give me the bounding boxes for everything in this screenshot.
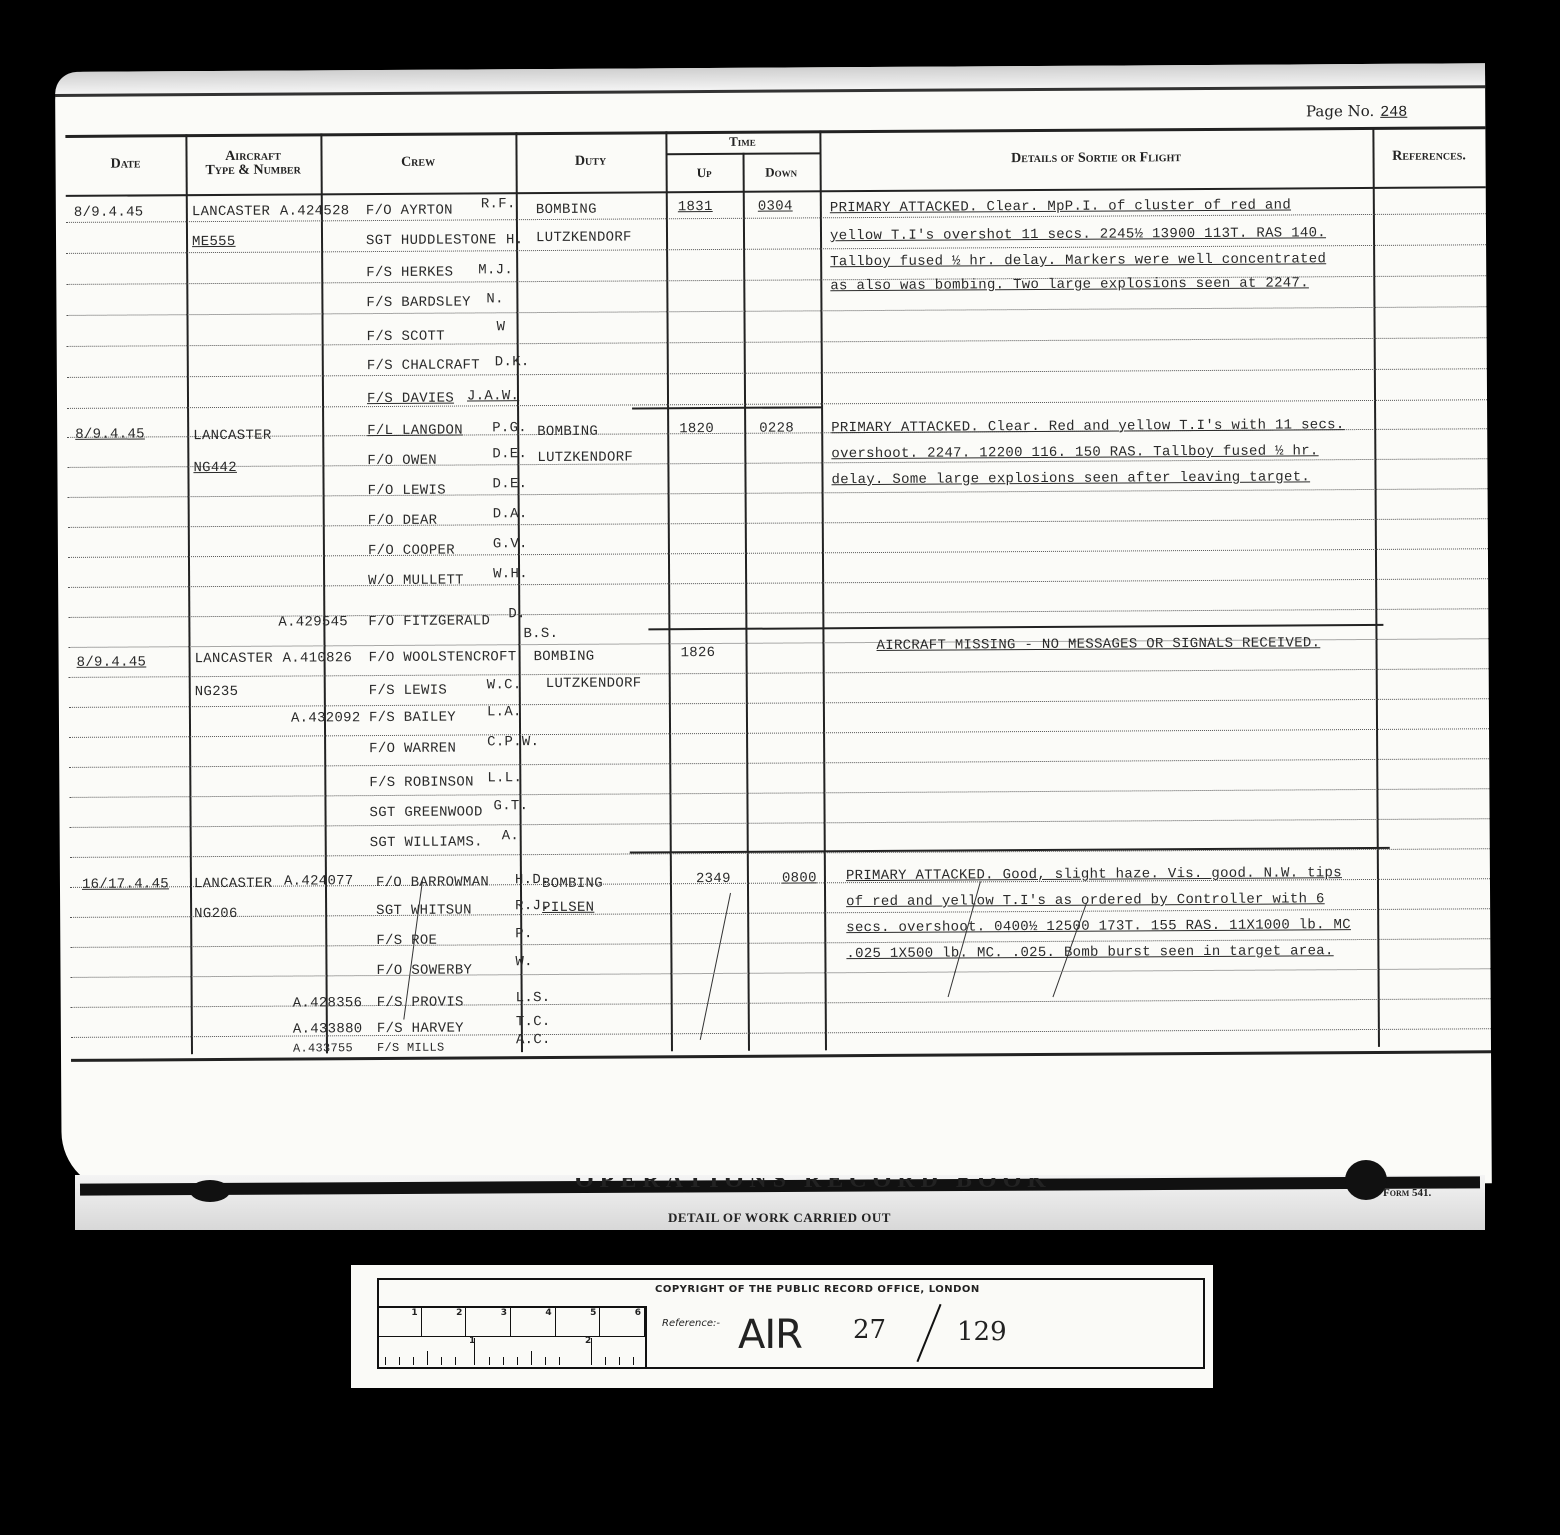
- ruler-tick: [605, 1357, 606, 1365]
- operations-table: Date Aircraft Type & Number Crew Duty Ti…: [65, 126, 1485, 135]
- ruler-tick: [385, 1357, 386, 1365]
- crew-name: SGT WHITSUN: [376, 902, 472, 919]
- ruler-tick: [591, 1338, 592, 1365]
- crew-initials: D.: [508, 606, 526, 622]
- crew-initials: C.P.W.: [487, 734, 539, 750]
- crew-name: F/S SCOTT: [367, 329, 445, 345]
- row-rule: [69, 668, 1489, 678]
- row-rule: [68, 488, 1488, 498]
- reference-piece: 129: [957, 1317, 1007, 1347]
- row-rule: [70, 908, 1490, 918]
- details-line: Tallboy fused ½ hr. delay. Markers were …: [830, 251, 1326, 270]
- sortie-date: 16/17.4.45: [82, 876, 169, 893]
- details-line: PRIMARY ATTACKED. Clear. Red and yellow …: [831, 417, 1344, 436]
- crew-initials: A.C.: [516, 1032, 551, 1048]
- aircraft-serial: ME555: [192, 234, 236, 250]
- duty-target: LUTZKENDORF: [537, 449, 633, 466]
- ruler-tick: [455, 1357, 456, 1365]
- crew-initials: G.V.: [493, 536, 528, 552]
- crew-name: F/O OWEN: [367, 453, 437, 469]
- ruler-cm-mark: 5: [556, 1308, 601, 1336]
- crew-name: F/S ROE: [376, 933, 437, 949]
- reference-class: 27: [853, 1315, 886, 1345]
- time-down: 0304: [758, 198, 793, 214]
- duty-target: PILSEN: [542, 900, 594, 916]
- time-down: 0228: [759, 420, 794, 436]
- ruler-tick: [427, 1351, 428, 1365]
- crew-initials: M.J.: [478, 262, 513, 278]
- row-rule: [67, 368, 1487, 378]
- time-up: 2349: [696, 871, 731, 887]
- crew-initials: B.S.: [523, 626, 558, 642]
- ruler-tick: [474, 1338, 475, 1365]
- duty-type: BOMBING: [534, 649, 595, 665]
- row-rule: [67, 337, 1487, 347]
- ledger-sheet: Page No.248 Date Aircraft Type & Number …: [55, 63, 1492, 1192]
- crew-initials: L.A.: [487, 704, 522, 720]
- crew-initials: L.L.: [487, 770, 522, 786]
- ruler-tick: [503, 1357, 504, 1365]
- entry-separator: [648, 624, 1383, 630]
- header-references: References.: [1372, 126, 1485, 187]
- crew-initials: D.E.: [492, 446, 527, 462]
- crew-initials: W.: [515, 954, 533, 970]
- crew-initials: A.: [502, 828, 520, 844]
- page-number-value: 248: [1380, 104, 1407, 121]
- table-bottom-rule: [71, 1050, 1491, 1062]
- row-rule: [69, 758, 1489, 768]
- crew-initials: D.K.: [495, 354, 530, 370]
- pen-strike: [700, 893, 731, 1040]
- duty-type: BOMBING: [537, 424, 598, 440]
- details-line: AIRCRAFT MISSING - NO MESSAGES OR SIGNAL…: [876, 635, 1320, 654]
- service-number: A.424077: [284, 873, 354, 889]
- details-line: PRIMARY ATTACKED. Clear. MpP.I. of clust…: [830, 197, 1291, 216]
- form-title: OPERATIONS RECORD BOOK: [575, 1178, 1052, 1192]
- binding-blot: [190, 1180, 230, 1202]
- page-number: Page No.248: [1306, 102, 1407, 122]
- sortie-date: 8/9.4.45: [74, 204, 144, 220]
- ruler-tick: [545, 1357, 546, 1365]
- crew-initials: P.: [515, 926, 533, 942]
- duty-target: LUTZKENDORF: [546, 675, 642, 692]
- crew-name: F/O WARREN: [369, 741, 456, 758]
- crew-initials: W.C.: [487, 677, 522, 693]
- crew-name: F/O FITZGERALD: [368, 613, 490, 630]
- copyright-notice: COPYRIGHT OF THE PUBLIC RECORD OFFICE, L…: [655, 1284, 980, 1295]
- crew-initials: D.A.: [493, 506, 528, 522]
- crew-initials: W.H.: [493, 566, 528, 582]
- details-line: overshoot. 2247. 12200 116. 150 RAS. Tal…: [831, 443, 1318, 462]
- service-number: A.424528: [280, 203, 350, 219]
- crew-initials: H.: [506, 232, 524, 248]
- header-time-up: Up: [666, 155, 743, 191]
- header-aircraft: Aircraft Type & Number: [185, 133, 320, 194]
- row-rule: [68, 548, 1488, 558]
- form-subtitle: DETAIL OF WORK CARRIED OUT: [668, 1210, 891, 1226]
- service-number: A.432092: [291, 710, 361, 726]
- aircraft-type: LANCASTER: [195, 651, 273, 667]
- crew-name: F/S BAILEY: [369, 710, 456, 727]
- crew-initials: R.F.: [481, 196, 516, 212]
- reference-series: AIR: [738, 1312, 802, 1358]
- aircraft-serial: NG442: [193, 460, 237, 476]
- crew-name: F/S ROBINSON: [369, 774, 474, 791]
- service-number: A.433755: [293, 1041, 353, 1055]
- row-rule: [67, 458, 1487, 468]
- row-rule: [68, 578, 1488, 588]
- service-number: A.429545: [278, 614, 348, 630]
- crew-initials: L.S.: [516, 990, 551, 1006]
- header-aircraft-line2: Type & Number: [205, 164, 300, 179]
- crew-name: F/O DEAR: [368, 513, 438, 529]
- aircraft-type: LANCASTER: [193, 428, 271, 444]
- details-line: delay. Some large explosions seen after …: [831, 469, 1310, 488]
- sortie-date: 8/9.4.45: [75, 426, 145, 442]
- crew-name: SGT GREENWOOD: [369, 804, 482, 821]
- row-rule: [70, 818, 1490, 828]
- ruler-inch-row: 1 2: [377, 1338, 645, 1365]
- form-number: Form 541.: [1383, 1187, 1431, 1199]
- header-time: Time: [665, 130, 819, 153]
- entry-separator: [632, 406, 822, 409]
- service-number: A.428356: [293, 995, 363, 1011]
- duty-type: BOMBING: [536, 202, 597, 218]
- details-line: .025 1X500 lb. MC. .025. Bomb burst seen…: [846, 943, 1333, 962]
- aircraft-serial: NG235: [195, 684, 239, 700]
- column-divider: [743, 153, 750, 1051]
- duty-target: LUTZKENDORF: [536, 229, 632, 246]
- ruler-tick: [531, 1351, 532, 1365]
- crew-name: F/L LANGDON: [367, 423, 463, 440]
- row-rule: [71, 998, 1491, 1008]
- ruler-cm-mark: 6: [600, 1308, 645, 1336]
- binding-blot: [1345, 1160, 1387, 1200]
- time-up: 1831: [678, 199, 713, 215]
- crew-initials: P.G.: [492, 420, 527, 436]
- ruler-tick: [633, 1357, 634, 1365]
- ruler-cm-mark: 4: [511, 1308, 556, 1336]
- ruler-tick: [517, 1357, 518, 1365]
- ruler-cm-mark: 1: [377, 1308, 422, 1336]
- crew-name: F/S HERKES: [366, 265, 453, 282]
- ruler-tick: [559, 1357, 560, 1365]
- crew-name: F/O WOOLSTENCROFT: [369, 649, 517, 666]
- crew-name: F/S DAVIES: [367, 391, 454, 408]
- ruler-cm-mark: 3: [466, 1308, 511, 1336]
- header-details: Details of Sortie or Flight: [819, 127, 1372, 190]
- header-duty: Duty: [515, 131, 665, 192]
- header-time-down: Down: [743, 154, 820, 190]
- crew-initials: G.T.: [493, 798, 528, 814]
- crew-name: F/S HARVEY: [377, 1021, 464, 1038]
- aircraft-type: LANCASTER: [194, 876, 272, 892]
- crew-name: F/O AYRTON: [366, 203, 453, 220]
- row-rule: [68, 518, 1488, 528]
- page-number-label: Page No.: [1306, 102, 1374, 120]
- reference-label: Reference:-: [662, 1318, 720, 1329]
- crew-initials: J.A.W.: [467, 388, 519, 404]
- header-crew: Crew: [320, 132, 515, 193]
- service-number: A.433880: [293, 1021, 363, 1037]
- service-number: A.410826: [283, 650, 353, 666]
- row-rule: [69, 788, 1489, 798]
- crew-initials: N.: [486, 291, 504, 307]
- duty-type: BOMBING: [542, 876, 603, 892]
- row-rule: [71, 968, 1491, 978]
- time-up: 1820: [679, 421, 714, 437]
- crew-initials: W: [497, 319, 506, 335]
- sortie-date: 8/9.4.45: [77, 654, 147, 670]
- aircraft-type: LANCASTER: [192, 204, 270, 220]
- ruler-cm-row: 1 2 3 4 5 6: [377, 1308, 645, 1337]
- crew-name: SGT WILLIAMS.: [370, 834, 483, 851]
- crew-name: F/O LEWIS: [368, 483, 446, 499]
- row-rule: [71, 1028, 1491, 1038]
- crew-name: F/O BARROWMAN: [376, 874, 489, 891]
- scale-ruler: 1 2 3 4 5 6 1 2: [377, 1306, 647, 1367]
- details-line: secs. overshoot. 0400½ 12500 173T. 155 R…: [846, 917, 1351, 936]
- crew-initials: T.C.: [516, 1014, 551, 1030]
- crew-initials: D.E.: [492, 476, 527, 492]
- ruler-tick: [489, 1357, 490, 1365]
- crew-name: F/S CHALCRAFT: [367, 357, 480, 374]
- header-date: Date: [65, 134, 185, 195]
- row-rule: [69, 728, 1489, 738]
- aircraft-serial: NG206: [194, 906, 238, 922]
- row-rule: [66, 306, 1486, 316]
- details-line: PRIMARY ATTACKED. Good, slight haze. Vis…: [846, 865, 1342, 884]
- crew-name: SGT HUDDLESTONE: [366, 232, 497, 249]
- time-down: 0800: [782, 870, 817, 886]
- crew-name: F/S PROVIS: [377, 995, 464, 1012]
- details-line: yellow T.I's overshot 11 secs. 2245½ 139…: [830, 225, 1326, 244]
- crew-name: F/O COOPER: [368, 543, 455, 560]
- crew-name: F/S MILLS: [377, 1041, 445, 1055]
- crew-name: F/S BARDSLEY: [366, 294, 471, 311]
- crew-name: F/S LEWIS: [369, 683, 447, 699]
- details-line: as also was bombing. Two large explosion…: [830, 275, 1309, 294]
- crew-name: W/O MULLETT: [368, 573, 464, 590]
- ruler-cm-mark: 2: [422, 1308, 467, 1336]
- ruler-tick: [413, 1357, 414, 1365]
- time-up: 1826: [681, 645, 716, 661]
- crew-name: F/O SOWERBY: [376, 962, 472, 979]
- ruler-tick: [441, 1357, 442, 1365]
- ruler-tick: [619, 1357, 620, 1365]
- row-rule: [69, 698, 1489, 708]
- ruler-tick: [399, 1357, 400, 1365]
